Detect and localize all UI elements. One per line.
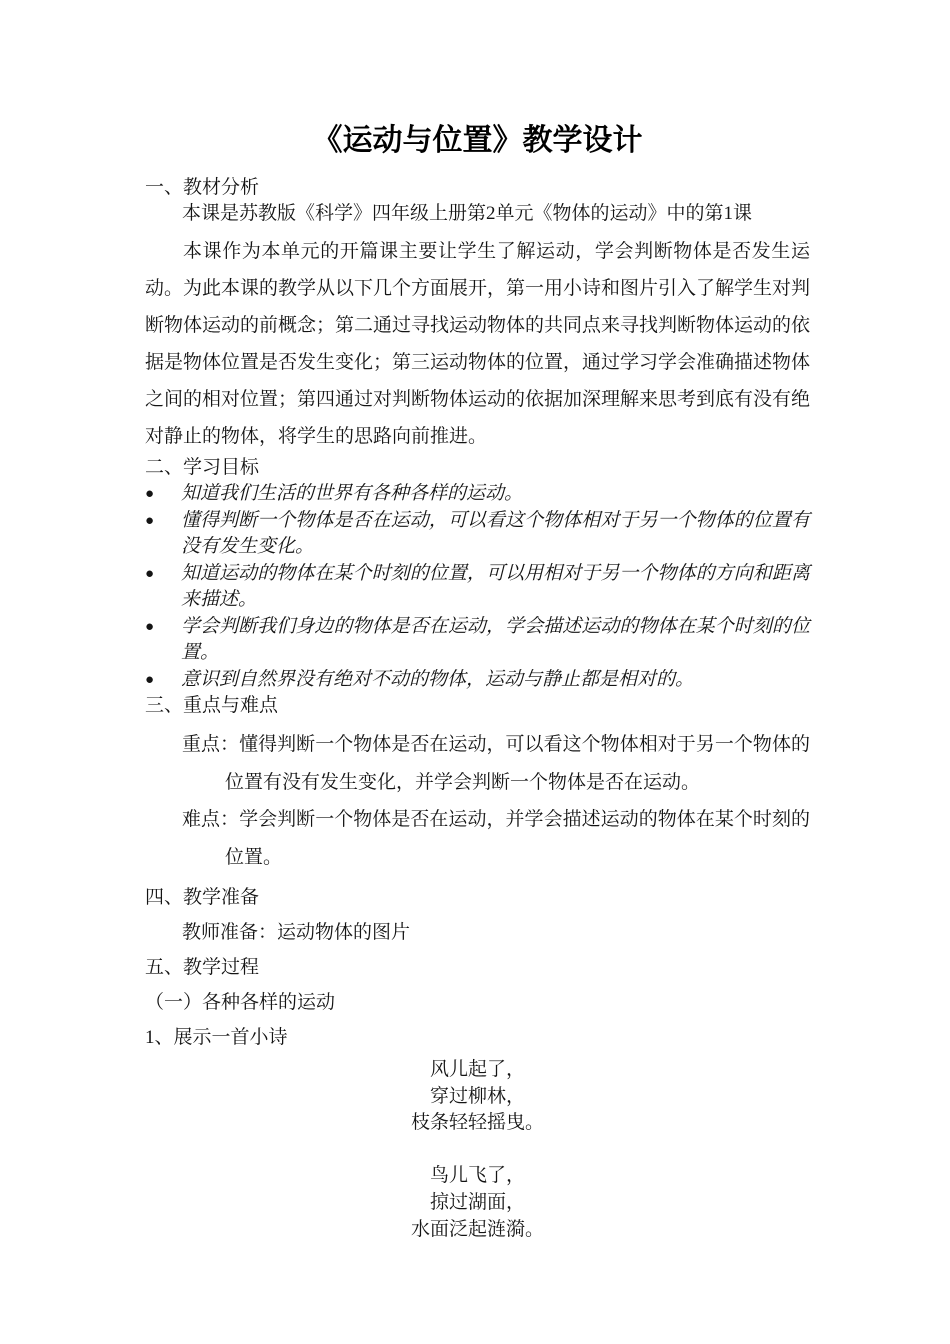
bullet-icon: ● [145, 481, 154, 508]
section-process: 五、教学过程 （一）各种各样的运动 1、展示一首小诗 [145, 955, 810, 1051]
key-point-text: 懂得判断一个物体是否在运动，可以看这个物体相对于另一个物体的位置有没有发生变化，… [225, 734, 810, 793]
key-point-text: 学会判断一个物体是否在运动，并学会描述运动的物体在某个时刻的位置。 [225, 809, 810, 868]
material-analysis-heading: 一、教材分析 [145, 175, 810, 201]
preparation-line: 教师准备：运动物体的图片 [145, 920, 810, 946]
poem-line: 掠过湖面， [145, 1190, 810, 1217]
bullet-icon: ● [145, 667, 154, 694]
stanza-gap [145, 1137, 810, 1164]
list-item-text: 知道运动的物体在某个时刻的位置，可以用相对于另一个物体的方向和距离来描述。 [181, 563, 810, 611]
poem: 风儿起了， 穿过柳林， 枝条轻轻摇曳。 鸟儿飞了， 掠过湖面， 水面泛起涟漪。 [145, 1057, 810, 1243]
process-subsection: （一）各种各样的运动 [145, 990, 810, 1016]
list-item: ● 意识到自然界没有绝对不动的物体，运动与静止都是相对的。 [145, 667, 810, 694]
material-analysis-body: 本课作为本单元的开篇课主要让学生了解运动，学会判断物体是否发生运动。为此本课的教… [145, 233, 810, 455]
material-analysis-intro: 本课是苏教版《科学》四年级上册第2单元《物体的运动》中的第1课 [145, 201, 810, 227]
key-point-item: 难点：学会判断一个物体是否在运动，并学会描述运动的物体在某个时刻的位置。 [145, 801, 810, 876]
list-item-text: 意识到自然界没有绝对不动的物体，运动与静止都是相对的。 [181, 669, 694, 690]
list-item-text: 学会判断我们身边的物体是否在运动，学会描述运动的物体在某个时刻的位置。 [181, 616, 810, 664]
section-key-points: 三、重点与难点 重点：懂得判断一个物体是否在运动，可以看这个物体相对于另一个物体… [145, 693, 810, 876]
process-heading: 五、教学过程 [145, 955, 810, 981]
poem-line: 风儿起了， [145, 1057, 810, 1084]
section-learning-goals: 二、学习目标 ● 知道我们生活的世界有各种各样的运动。 ● 懂得判断一个物体是否… [145, 455, 810, 693]
list-item: ● 知道我们生活的世界有各种各样的运动。 [145, 481, 810, 508]
bullet-icon: ● [145, 614, 154, 641]
learning-goals-list: ● 知道我们生活的世界有各种各样的运动。 ● 懂得判断一个物体是否在运动，可以看… [145, 481, 810, 693]
poem-line: 枝条轻轻摇曳。 [145, 1110, 810, 1137]
document-page: 《运动与位置》教学设计 一、教材分析 本课是苏教版《科学》四年级上册第2单元《物… [0, 0, 950, 1344]
key-point-item: 重点：懂得判断一个物体是否在运动，可以看这个物体相对于另一个物体的位置有没有发生… [145, 726, 810, 801]
list-item: ● 学会判断我们身边的物体是否在运动，学会描述运动的物体在某个时刻的位置。 [145, 614, 810, 667]
section-preparation: 四、教学准备 教师准备：运动物体的图片 [145, 885, 810, 946]
list-item-text: 懂得判断一个物体是否在运动，可以看这个物体相对于另一个物体的位置有没有发生变化。 [181, 510, 810, 558]
list-item: ● 知道运动的物体在某个时刻的位置，可以用相对于另一个物体的方向和距离来描述。 [145, 561, 810, 614]
bullet-icon: ● [145, 508, 154, 535]
key-point-label: 重点： [182, 734, 239, 755]
key-point-label: 难点： [182, 809, 239, 830]
poem-line: 穿过柳林， [145, 1084, 810, 1111]
list-item-text: 知道我们生活的世界有各种各样的运动。 [181, 483, 523, 504]
learning-goals-heading: 二、学习目标 [145, 455, 810, 481]
preparation-heading: 四、教学准备 [145, 885, 810, 911]
poem-line: 水面泛起涟漪。 [145, 1217, 810, 1244]
process-step: 1、展示一首小诗 [145, 1025, 810, 1051]
bullet-icon: ● [145, 561, 154, 588]
key-points-heading: 三、重点与难点 [145, 693, 810, 719]
section-material-analysis: 一、教材分析 本课是苏教版《科学》四年级上册第2单元《物体的运动》中的第1课 本… [145, 175, 810, 455]
document-title: 《运动与位置》教学设计 [145, 122, 810, 160]
poem-line: 鸟儿飞了， [145, 1163, 810, 1190]
list-item: ● 懂得判断一个物体是否在运动，可以看这个物体相对于另一个物体的位置有没有发生变… [145, 508, 810, 561]
